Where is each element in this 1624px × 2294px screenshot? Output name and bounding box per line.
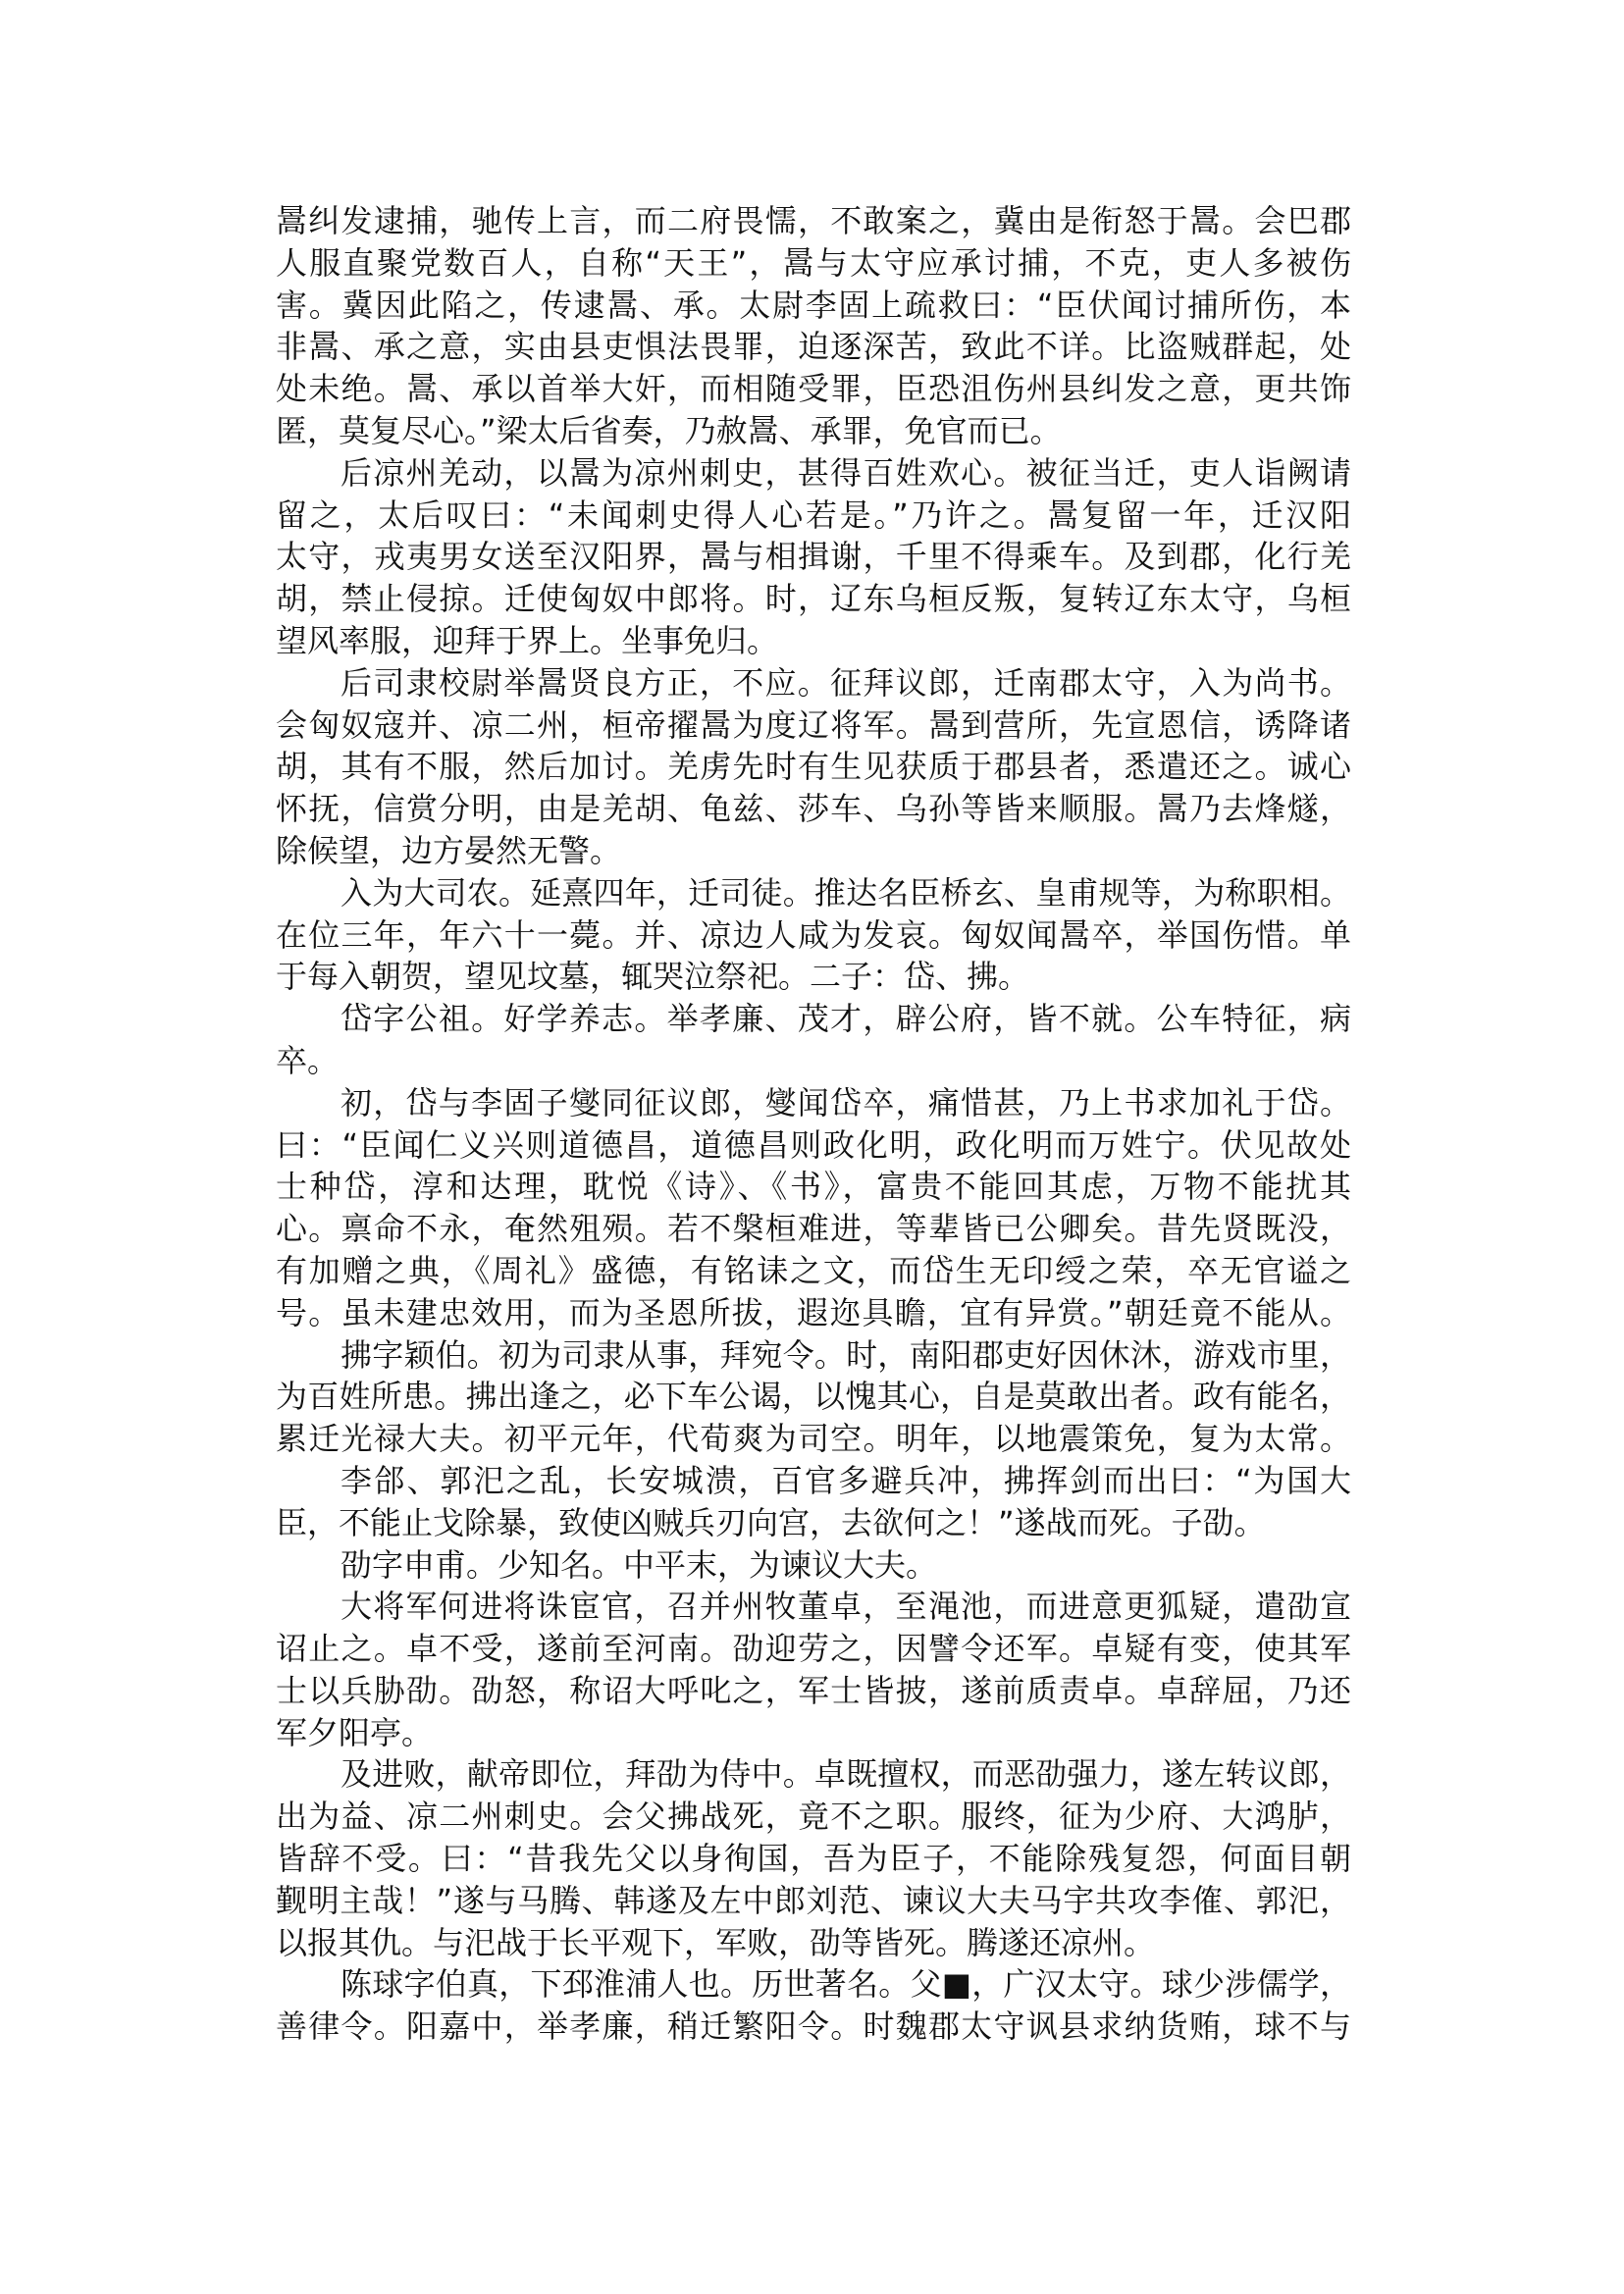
text-line: 太守，戎夷男女送至汉阳界，暠与相揖谢，千里不得乘车。及到郡，化行羌: [276, 536, 1351, 578]
text-line: 匿，莫复尽心。”梁太后省奏，乃赦暠、承罪，免官而已。: [276, 410, 1351, 452]
text-line: 害。冀因此陷之，传逮暠、承。太尉李固上疏救曰：“臣伏闻讨捕所伤，本: [276, 285, 1351, 327]
text-line: 有加赠之典，《周礼》盛德，有铭诔之文，而岱生无印绶之荣，卒无官谥之: [276, 1250, 1351, 1292]
text-line: 会匈奴寇并、凉二州，桓帝擢暠为度辽将军。暠到营所，先宣恩信，诱降诸: [276, 704, 1351, 747]
text-line: 出为益、凉二州刺史。会父拂战死，竟不之职。服终，征为少府、大鸿胪，: [276, 1796, 1351, 1838]
text-line: 诏止之。卓不受，遂前至河南。劭迎劳之，因譬令还军。卓疑有变，使其军: [276, 1628, 1351, 1670]
text-line: 曰：“臣闻仁义兴则道德昌，道德昌则政化明，政化明而万姓宁。伏见故处: [276, 1124, 1351, 1167]
text-line: 以报其仇。与汜战于长平观下，军败，劭等皆死。腾遂还凉州。: [276, 1922, 1351, 1964]
text-line: 初，岱与李固子燮同征议郎，燮闻岱卒，痛惜甚，乃上书求加礼于岱。: [276, 1082, 1351, 1124]
text-line: 岱字公祖。好学养志。举孝廉、茂才，辟公府，皆不就。公车特征，病: [276, 998, 1351, 1040]
text-line: 号。虽未建忠效用，而为圣恩所拔，遐迩具瞻，宜有异赏。”朝廷竟不能从。: [276, 1292, 1351, 1334]
text-line: 后凉州羌动，以暠为凉州刺史，甚得百姓欢心。被征当迁，吏人诣阙请: [276, 452, 1351, 495]
text-line: 留之，太后叹曰：“未闻刺史得人心若是。”乃许之。暠复留一年，迁汉阳: [276, 495, 1351, 537]
text-line: 胡，其有不服，然后加讨。羌虏先时有生见获质于郡县者，悉遣还之。诚心: [276, 746, 1351, 788]
text-line: 心。禀命不永，奄然殂殒。若不槃桓难进，等辈皆已公卿矣。昔先贤既没，: [276, 1208, 1351, 1250]
text-line: 在位三年，年六十一薨。并、凉边人咸为发哀。匈奴闻暠卒，举国伤惜。单: [276, 914, 1351, 957]
text-line: 劭字申甫。少知名。中平末，为谏议大夫。: [276, 1544, 1351, 1587]
text-line: 于每入朝贺，望见坟墓，辄哭泣祭祀。二子：岱、拂。: [276, 956, 1351, 998]
text-line: 后司隶校尉举暠贤良方正，不应。征拜议郎，迁南郡太守，入为尚书。: [276, 662, 1351, 704]
text-line: 大将军何进将诛宦官，召并州牧董卓，至渑池，而进意更狐疑，遣劭宣: [276, 1586, 1351, 1628]
text-line: 望风率服，迎拜于界上。坐事免归。: [276, 620, 1351, 662]
text-line: 士以兵胁劭。劭怒，称诏大呼叱之，军士皆披，遂前质责卓。卓辞屈，乃还: [276, 1670, 1351, 1712]
text-line: 处未绝。暠、承以首举大奸，而相随受罪，臣恐沮伤州县纠发之意，更共饰: [276, 368, 1351, 410]
text-line: 及进败，献帝即位，拜劭为侍中。卓既擅权，而恶劭强力，遂左转议郎，: [276, 1753, 1351, 1796]
text-line: 士种岱，淳和达理，耽悦《诗》、《书》，富贵不能回其虑，万物不能扰其: [276, 1166, 1351, 1208]
text-line: 入为大司农。延熹四年，迁司徒。推达名臣桥玄、皇甫规等，为称职相。: [276, 872, 1351, 914]
text-line: 皆辞不受。曰：“昔我先父以身徇国，吾为臣子，不能除残复怨，何面目朝: [276, 1838, 1351, 1880]
text-line: 人服直聚党数百人，自称“天王”，暠与太守应承讨捕，不克，吏人多被伤: [276, 242, 1351, 285]
text-line: 拂字颖伯。初为司隶从事，拜宛令。时，南阳郡吏好因休沐，游戏市里，: [276, 1334, 1351, 1377]
text-line: 除候望，边方晏然无警。: [276, 830, 1351, 872]
text-line: 善律令。阳嘉中，举孝廉，稍迁繁阳令。时魏郡太守讽县求纳货贿，球不与: [276, 2006, 1351, 2048]
text-line: 怀抚，信赏分明，由是羌胡、龟兹、莎车、乌孙等皆来顺服。暠乃去烽燧，: [276, 788, 1351, 830]
text-line: 李郃、郭汜之乱，长安城溃，百官多避兵冲，拂挥剑而出曰：“为国大: [276, 1460, 1351, 1502]
text-line: 陈球字伯真，下邳淮浦人也。历世著名。父■，广汉太守。球少涉儒学，: [276, 1963, 1351, 2006]
document-page: 暠纠发逮捕，驰传上言，而二府畏懦，不敢案之，冀由是衔怒于暠。会巴郡 人服直聚党数…: [0, 0, 1624, 2294]
text-line: 为百姓所患。拂出逢之，必下车公谒，以愧其心，自是莫敢出者。政有能名，: [276, 1376, 1351, 1418]
text-line: 军夕阳亭。: [276, 1712, 1351, 1754]
text-line: 胡，禁止侵掠。迁使匈奴中郎将。时，辽东乌桓反叛，复转辽东太守，乌桓: [276, 578, 1351, 620]
text-line: 累迁光禄大夫。初平元年，代荀爽为司空。明年，以地震策免，复为太常。: [276, 1418, 1351, 1460]
text-line: 非暠、承之意，实由县吏惧法畏罪，迫逐深苦，致此不详。比盗贼群起，处: [276, 326, 1351, 368]
text-line: 臣，不能止戈除暴，致使凶贼兵刃向宫，去欲何之！”遂战而死。子劭。: [276, 1502, 1351, 1544]
text-line: 觐明主哉！”遂与马腾、韩遂及左中郎刘范、谏议大夫马宇共攻李傕、郭汜，: [276, 1880, 1351, 1922]
body-text: 暠纠发逮捕，驰传上言，而二府畏懦，不敢案之，冀由是衔怒于暠。会巴郡 人服直聚党数…: [276, 200, 1351, 2048]
text-line: 暠纠发逮捕，驰传上言，而二府畏懦，不敢案之，冀由是衔怒于暠。会巴郡: [276, 200, 1351, 242]
text-line: 卒。: [276, 1040, 1351, 1082]
